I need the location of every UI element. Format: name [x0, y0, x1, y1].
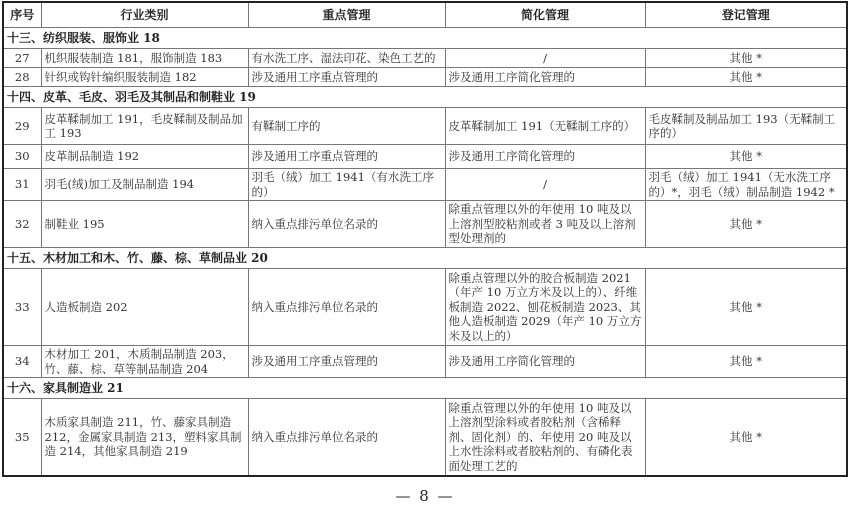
section-row: 十六、家具制造业 21 — [3, 378, 847, 399]
registration-management-cell: 其他 * — [645, 49, 847, 68]
header-simplified-management: 简化管理 — [445, 2, 645, 28]
section-title: 十五、木材加工和木、竹、藤、棕、草制品业 20 — [3, 248, 847, 269]
industry-category-cell: 皮革制品制造 192 — [41, 145, 248, 169]
page-number: — 8 — — [0, 487, 850, 505]
simplified-management-cell: / — [445, 49, 645, 68]
header-key-management: 重点管理 — [248, 2, 445, 28]
simplified-management-cell: 涉及通用工序简化管理的 — [445, 346, 645, 378]
section-title: 十三、纺织服装、服饰业 18 — [3, 28, 847, 49]
table-row: 32 制鞋业 195 纳入重点排污单位名录的 除重点管理以外的年使用 10 吨及… — [3, 201, 847, 248]
key-management-cell: 涉及通用工序重点管理的 — [248, 346, 445, 378]
registration-management-cell: 其他 * — [645, 346, 847, 378]
registration-management-cell: 其他 * — [645, 201, 847, 248]
row-number: 34 — [3, 346, 41, 378]
table-row: 34 木材加工 201，木质制品制造 203，竹、藤、棕、草等制品制造 204 … — [3, 346, 847, 378]
simplified-management-cell: 涉及通用工序简化管理的 — [445, 68, 645, 87]
table-row: 27 机织服装制造 181，服饰制造 183 有水洗工序、湿法印花、染色工艺的 … — [3, 49, 847, 68]
section-title: 十四、皮革、毛皮、羽毛及其制品和制鞋业 19 — [3, 87, 847, 108]
row-number: 31 — [3, 169, 41, 201]
table-row: 30 皮革制品制造 192 涉及通用工序重点管理的 涉及通用工序简化管理的 其他… — [3, 145, 847, 169]
row-number: 33 — [3, 269, 41, 346]
simplified-management-cell: 除重点管理以外的胶合板制造 2021（年产 10 万立方米及以上的）、纤维板制造… — [445, 269, 645, 346]
industry-category-cell: 羽毛(绒)加工及制品制造 194 — [41, 169, 248, 201]
industry-category-cell: 皮革鞣制加工 191，毛皮鞣制及制品加工 193 — [41, 108, 248, 145]
key-management-cell: 有水洗工序、湿法印花、染色工艺的 — [248, 49, 445, 68]
table-row: 29 皮革鞣制加工 191，毛皮鞣制及制品加工 193 有鞣制工序的 皮革鞣制加… — [3, 108, 847, 145]
key-management-cell: 涉及通用工序重点管理的 — [248, 145, 445, 169]
simplified-management-cell: / — [445, 169, 645, 201]
simplified-management-cell: 除重点管理以外的年使用 10 吨及以上溶剂型胶粘剂或者 3 吨及以上溶剂型处理剂… — [445, 201, 645, 248]
header-registration-management: 登记管理 — [645, 2, 847, 28]
section-row: 十三、纺织服装、服饰业 18 — [3, 28, 847, 49]
key-management-cell: 纳入重点排污单位名录的 — [248, 399, 445, 476]
section-row: 十五、木材加工和木、竹、藤、棕、草制品业 20 — [3, 248, 847, 269]
registration-management-cell: 其他 * — [645, 269, 847, 346]
section-title: 十六、家具制造业 21 — [3, 378, 847, 399]
row-number: 32 — [3, 201, 41, 248]
key-management-cell: 羽毛（绒）加工 1941（有水洗工序的） — [248, 169, 445, 201]
key-management-cell: 涉及通用工序重点管理的 — [248, 68, 445, 87]
table-header-row: 序号 行业类别 重点管理 简化管理 登记管理 — [3, 2, 847, 28]
key-management-cell: 纳入重点排污单位名录的 — [248, 269, 445, 346]
table-row: 35 木质家具制造 211，竹、藤家具制造 212，金属家具制造 213，塑料家… — [3, 399, 847, 476]
table-row: 31 羽毛(绒)加工及制品制造 194 羽毛（绒）加工 1941（有水洗工序的）… — [3, 169, 847, 201]
header-serial-number: 序号 — [3, 2, 41, 28]
industry-category-cell: 机织服装制造 181，服饰制造 183 — [41, 49, 248, 68]
key-management-cell: 有鞣制工序的 — [248, 108, 445, 145]
row-number: 30 — [3, 145, 41, 169]
header-industry-category: 行业类别 — [41, 2, 248, 28]
industry-category-cell: 木材加工 201，木质制品制造 203，竹、藤、棕、草等制品制造 204 — [41, 346, 248, 378]
key-management-cell: 纳入重点排污单位名录的 — [248, 201, 445, 248]
simplified-management-cell: 涉及通用工序简化管理的 — [445, 145, 645, 169]
industry-category-cell: 人造板制造 202 — [41, 269, 248, 346]
industry-category-cell: 木质家具制造 211，竹、藤家具制造 212，金属家具制造 213，塑料家具制造… — [41, 399, 248, 476]
industry-category-cell: 制鞋业 195 — [41, 201, 248, 248]
registration-management-cell: 其他 * — [645, 145, 847, 169]
registration-management-cell: 其他 * — [645, 399, 847, 476]
row-number: 29 — [3, 108, 41, 145]
row-number: 35 — [3, 399, 41, 476]
simplified-management-cell: 皮革鞣制加工 191（无鞣制工序的） — [445, 108, 645, 145]
simplified-management-cell: 除重点管理以外的年使用 10 吨及以上溶剂型涂料或者胶粘剂（含稀释剂、固化剂）的… — [445, 399, 645, 476]
industry-category-cell: 针织或钩针编织服装制造 182 — [41, 68, 248, 87]
registration-management-cell: 其他 * — [645, 68, 847, 87]
row-number: 27 — [3, 49, 41, 68]
registration-management-cell: 羽毛（绒）加工 1941（无水洗工序的）*，羽毛（绒）制品制造 1942 * — [645, 169, 847, 201]
industry-classification-table: 序号 行业类别 重点管理 简化管理 登记管理 十三、纺织服装、服饰业 18 27… — [2, 1, 848, 477]
table-row: 28 针织或钩针编织服装制造 182 涉及通用工序重点管理的 涉及通用工序简化管… — [3, 68, 847, 87]
registration-management-cell: 毛皮鞣制及制品加工 193（无鞣制工序的） — [645, 108, 847, 145]
row-number: 28 — [3, 68, 41, 87]
section-row: 十四、皮革、毛皮、羽毛及其制品和制鞋业 19 — [3, 87, 847, 108]
table-row: 33 人造板制造 202 纳入重点排污单位名录的 除重点管理以外的胶合板制造 2… — [3, 269, 847, 346]
